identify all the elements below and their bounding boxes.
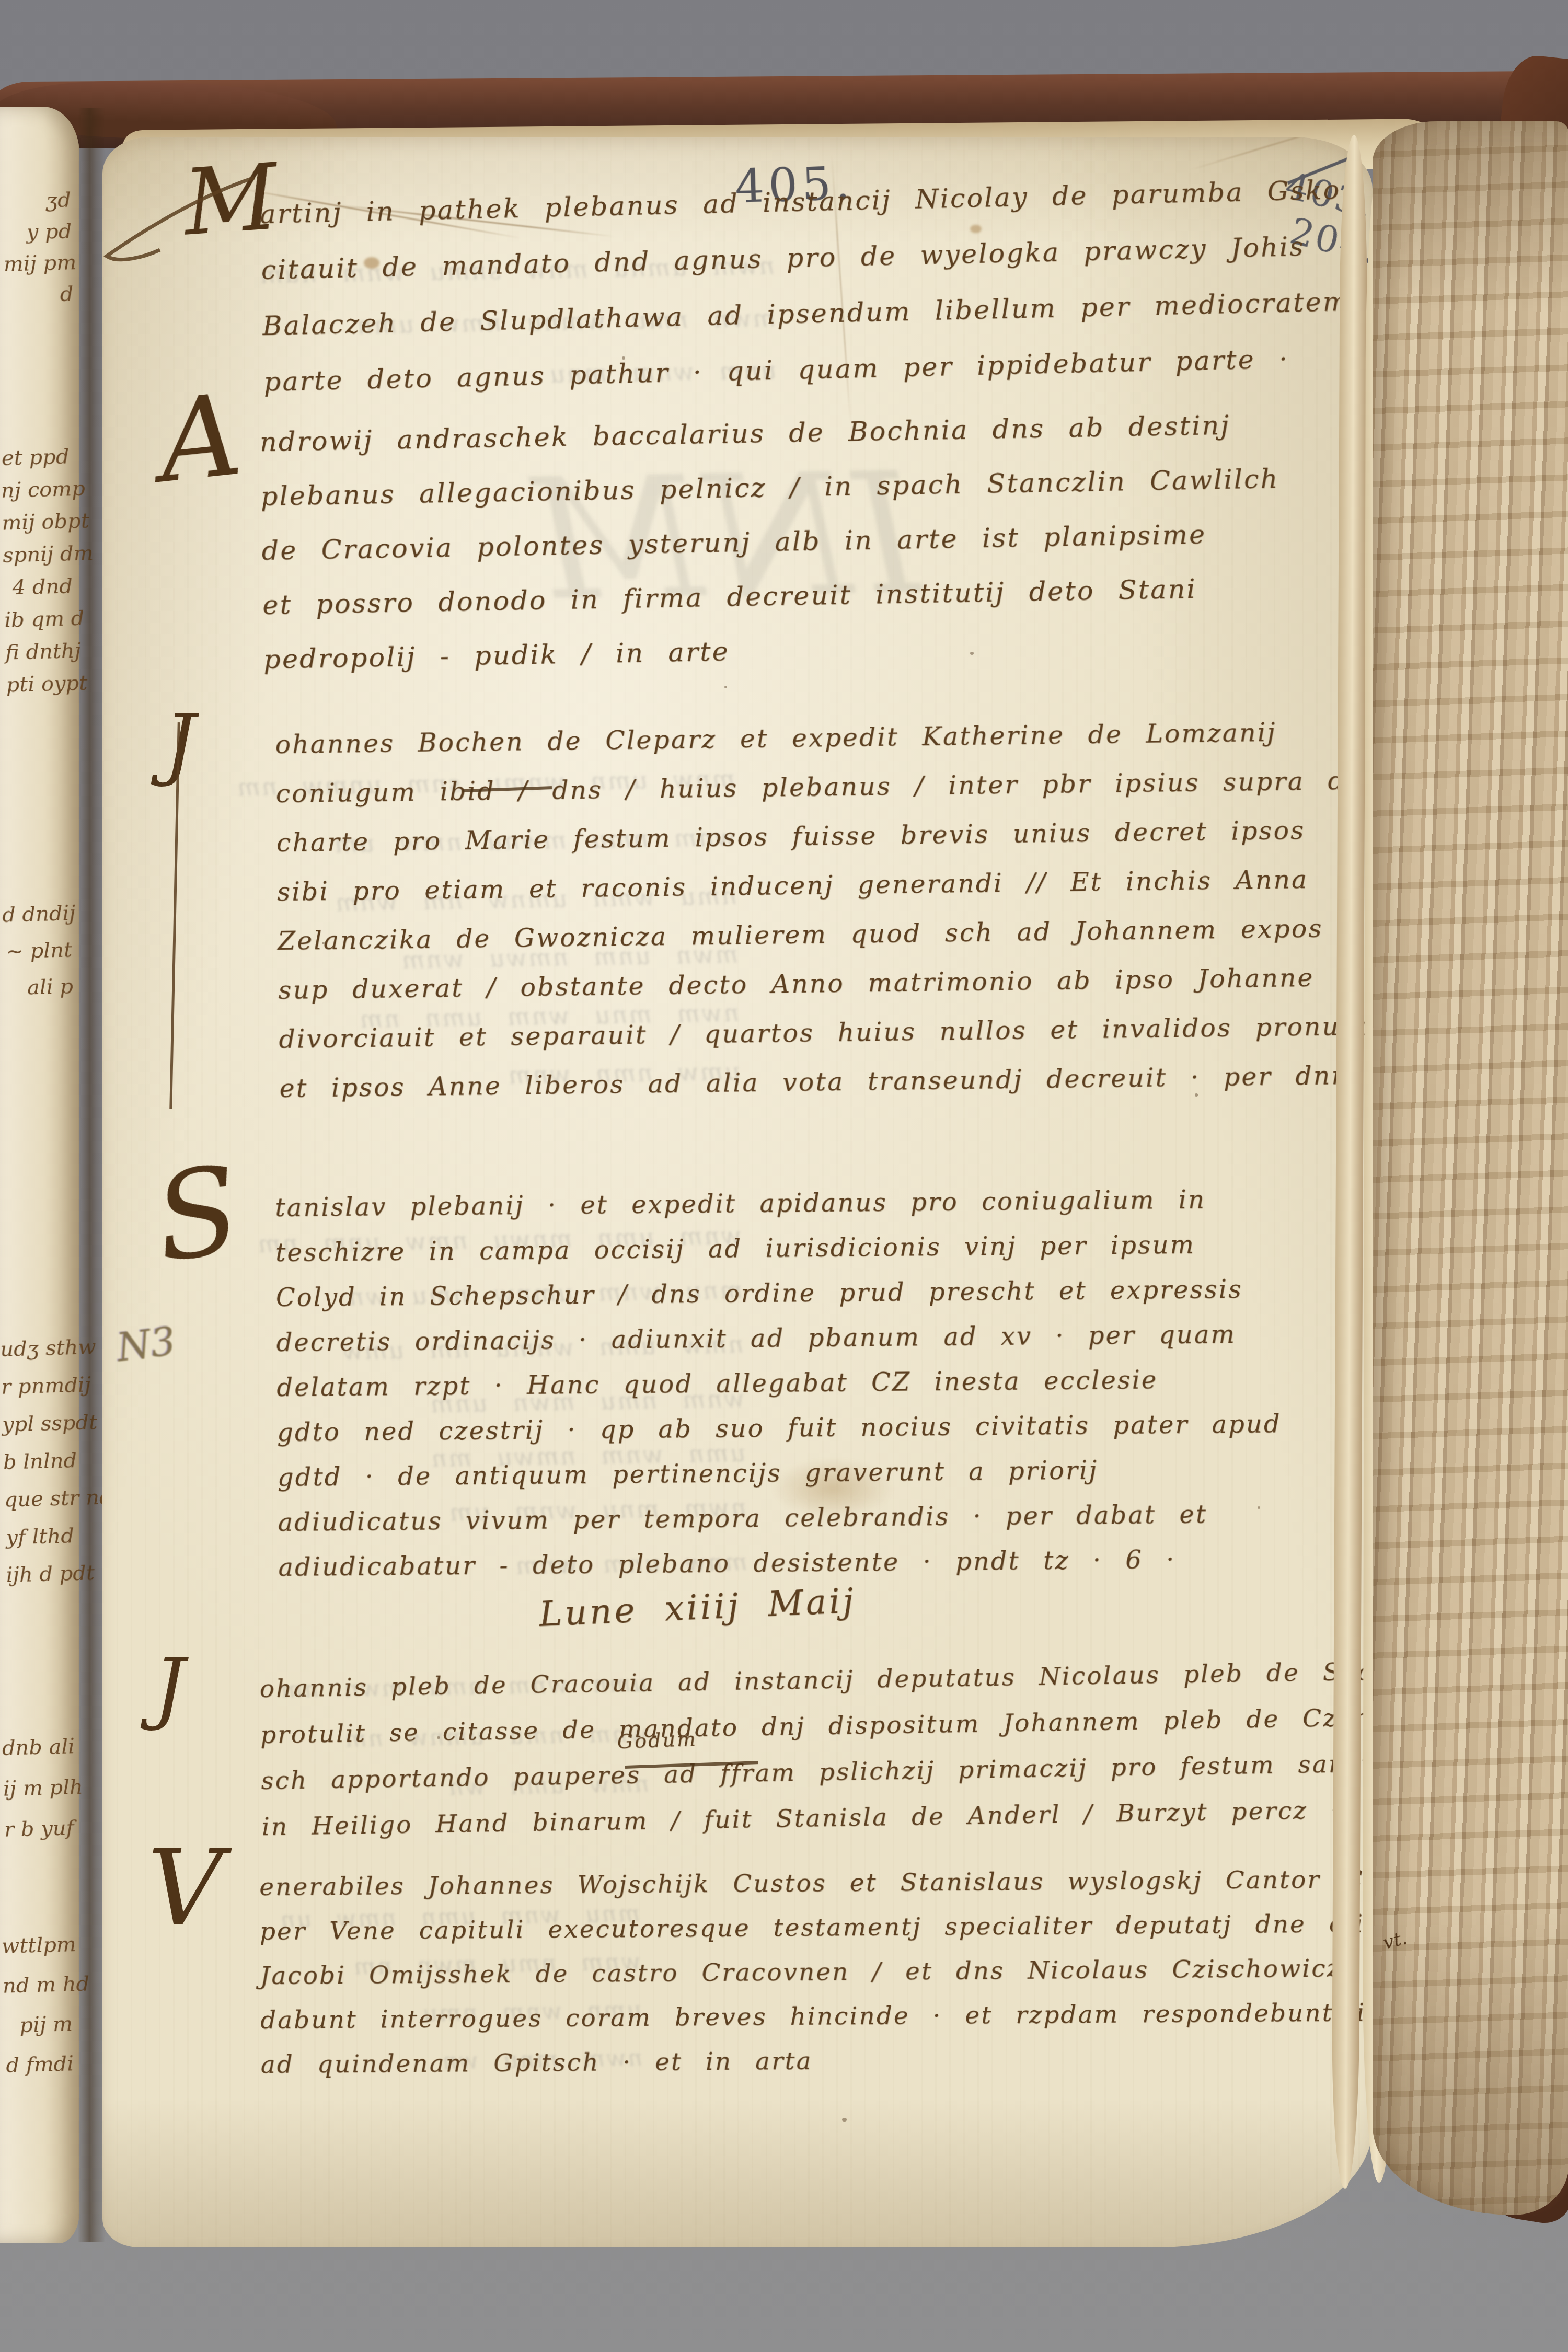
text-line: spnij dm [2, 537, 72, 571]
text-line: ʒd [2, 184, 72, 217]
text-line: d dndij [2, 895, 72, 933]
text-line: r b yuf [4, 1807, 74, 1850]
left-page-text-fragments: et ppdnj compmij obptspnij dm4 dndib qm … [0, 440, 75, 701]
text-line: nd m hd [2, 1964, 72, 2005]
entry-3-text: ohannes Bochen de Cleparz et expedit Kat… [275, 706, 1373, 1113]
left-page-sliver: ʒdy pdmij pmd et ppdnj compmij obptspnij… [0, 107, 79, 2243]
text-line: ali p [4, 968, 74, 1006]
text-line: ij m plh [3, 1767, 73, 1809]
text-line: Jacobi Omijsshek de castro Cracovnen / e… [260, 1945, 1373, 1998]
text-line: pti oypt [6, 667, 76, 701]
text-line: mij pm [3, 247, 73, 280]
text-line: ijh d pdt [6, 1554, 76, 1594]
text-line: b lnlnd [3, 1442, 73, 1481]
left-page-text-fragments: wttlpmnd m hdpij md fmdi [1, 1924, 74, 2085]
text-line: ypl sspdt [2, 1404, 72, 1443]
gutter-shadow [78, 108, 106, 2242]
manuscript-page: nwm umnu mnw snmu wnm nummwn nmu wmnu nm… [102, 137, 1373, 2247]
initial-letter: S [148, 1150, 247, 1281]
text-line: d [4, 278, 74, 311]
initial-letter: V [147, 1837, 223, 1941]
ink-speck [842, 2118, 847, 2122]
text-line: y pd [2, 215, 72, 248]
left-page-text-fragments: dnb aliij m plhr b yuf [2, 1726, 74, 1850]
left-page-text-fragments: udʒ sthwr pnmdijypl sspdtb lnlndque str … [0, 1329, 76, 1594]
text-line: pij m [3, 2004, 73, 2045]
text-line: per Vene capituli executoresque testamen… [260, 1901, 1373, 1954]
fore-edge-page-stack [1373, 121, 1568, 2215]
initial-letter: J [164, 705, 195, 783]
text-line: 4 dnd [3, 570, 73, 604]
text-line: et ppd [0, 440, 70, 474]
manuscript-photo: ʒdy pdmij pmd et ppdnj compmij obptspnij… [0, 0, 1568, 2352]
text-line: decretis ordinacijs · adiunxit ad pbanum… [276, 1310, 1373, 1365]
text-line: ~ plnt [3, 931, 73, 970]
entry-5-text: ohannis pleb de Cracouia ad instancij de… [259, 1648, 1373, 1850]
text-line: ad quindenam Gpitsch · et in arta [260, 2034, 1373, 2087]
text-line: r pnmdij [1, 1366, 71, 1405]
left-page-text-fragments: ʒdy pdmij pmd [2, 184, 74, 311]
text-line: fi dnthj [5, 635, 75, 668]
initial-letter: J [154, 1648, 185, 1727]
entry-4-text: tanislav plebanij · et expedit apidanus … [275, 1175, 1373, 1590]
entry-1-text: artinj in pathek plebanus ad instancij N… [259, 161, 1373, 410]
text-line: dabunt interrogues coram breves hincinde… [260, 1990, 1373, 2043]
margin-note: N3 [114, 1319, 178, 1371]
text-line: udʒ sthw [0, 1329, 70, 1368]
text-line: yf lthd [5, 1517, 75, 1556]
interlinear-insertion: Godum [617, 1727, 698, 1753]
text-line: que str nd [4, 1479, 74, 1518]
text-line: enerabiles Johannes Wojschijk Custos et … [259, 1857, 1373, 1909]
text-line: nj comp [1, 472, 71, 506]
text-line: gdto ned czestrij · qp ab suo fuit nociu… [277, 1400, 1373, 1455]
pen-flourish [102, 167, 264, 272]
text-line: wttlpm [1, 1924, 71, 1966]
left-page-text-fragments: d dndij~ plntali p [2, 895, 73, 1006]
ink-speck [724, 686, 727, 688]
text-line: d fmdi [4, 2044, 74, 2085]
text-line: dnb ali [2, 1726, 72, 1768]
text-line: ib qm d [4, 602, 74, 636]
entry-6-text: enerabiles Johannes Wojschijk Custos et … [259, 1857, 1373, 2087]
initial-letter: A [154, 378, 246, 499]
entry-2-text: ndrowij andraschek baccalarius de Bochni… [259, 396, 1373, 687]
text-line: mij obpt [2, 505, 72, 539]
